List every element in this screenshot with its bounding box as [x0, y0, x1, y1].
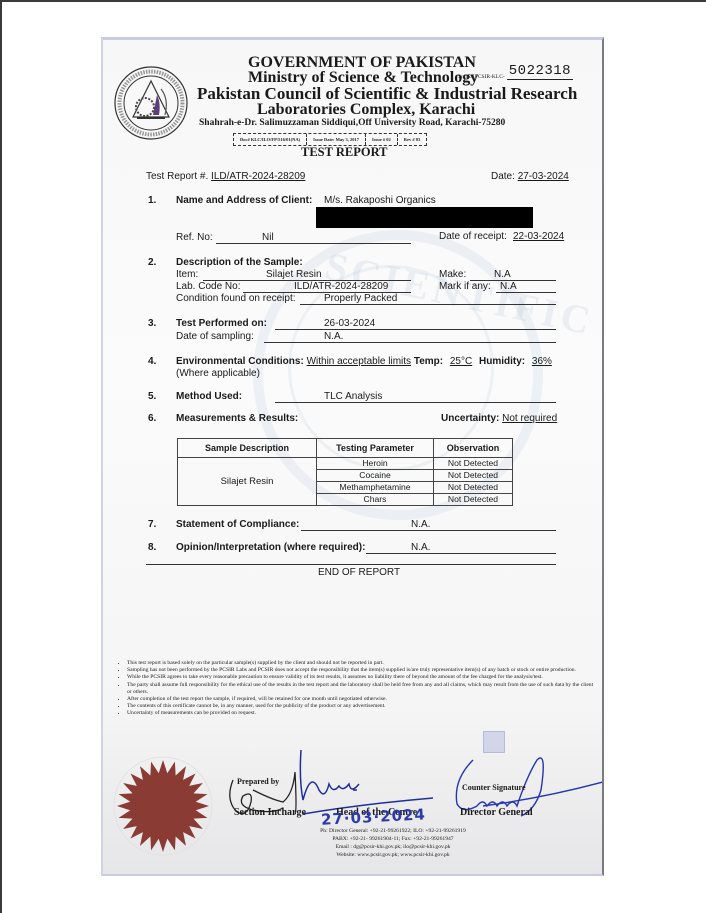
temp-value: 25°C [446, 356, 476, 367]
receipt-date: 22-03-2024 [513, 231, 564, 242]
compliance-label: Statement of Compliance: [176, 519, 299, 530]
table-row: Silajet Resin Heroin Not Detected [178, 458, 513, 470]
uncertainty-row: Uncertainty: Not required [441, 413, 557, 424]
temp-label: Temp: [414, 356, 443, 367]
mark-underline [496, 292, 556, 293]
observation-cell: Not Detected [434, 470, 513, 482]
redacted-address [316, 207, 533, 228]
counter-signature-label: Counter Signature [462, 783, 526, 792]
disclaimer-notes: This test report is based solely on the … [119, 660, 599, 718]
client-name: M/s. Rakaposhi Organics [324, 195, 436, 206]
contact-phone: Ph: Director General: +92-21-99261922; I… [273, 827, 513, 835]
doc-number: Doc# KLC/ILO/FP/516/01(NA) [234, 134, 307, 145]
lab-code-label: Lab. Code No: [176, 281, 241, 292]
lab-code-value: ILD/ATR-2024-28209 [294, 281, 388, 292]
results-table-header: Sample Description Testing Parameter Obs… [178, 439, 513, 458]
contact-email: Email : dg@pcsir-khi.gov.pk; ilo@pcsir-k… [273, 843, 513, 851]
humidity-value: 36% [528, 356, 558, 367]
section-2-number: 2. [148, 257, 156, 268]
contact-pabx: PABX: +92-21- 99261904-11; Fax: +92-21-9… [273, 835, 513, 843]
environment-row: Environmental Conditions: Within accepta… [176, 356, 558, 367]
uncertainty-value: Not required [502, 413, 557, 424]
complex-title: Laboratories Complex, Karachi [257, 101, 475, 119]
test-performed-value: 26-03-2024 [324, 318, 375, 329]
contact-website: Website: www.pcsir.gov.pk; www.pcsir-khi… [273, 851, 513, 859]
environment-note: (Where applicable) [176, 368, 260, 379]
sampling-underline [264, 342, 556, 343]
client-label: Name and Address of Client: [176, 195, 312, 206]
report-date-label: Date: [491, 171, 515, 182]
condition-label: Condition found on receipt: [176, 293, 296, 304]
observation-cell: Not Detected [434, 482, 513, 494]
opinion-underline [366, 553, 556, 554]
note-item: The party shall assume full responsibili… [127, 682, 599, 696]
section-5-number: 5. [148, 391, 156, 402]
ref-value: Nil [262, 232, 274, 243]
test-report-document: SCIENTIFIC GOVERNMENT OF PAKISTAN Minist… [101, 37, 604, 876]
item-label: Item: [176, 269, 198, 280]
method-underline [275, 402, 556, 403]
section-incharge-label: Section Incharge [234, 807, 306, 818]
pcsir-seal-logo-icon [113, 65, 189, 141]
serial-number-block: Sr. No. PCSIR-KLC- 5022318 [458, 63, 573, 80]
mark-label: Mark if any: [439, 281, 491, 292]
report-number-row: Test Report #. ILD/ATR-2024-28209 [146, 171, 305, 182]
compliance-underline [301, 530, 556, 531]
parameter-cell: Heroin [317, 458, 434, 470]
ref-underline [216, 243, 411, 244]
note-item: Uncertainty of measurements can be provi… [127, 710, 599, 717]
revision-number: Rev # 03 [398, 134, 427, 145]
section-7-number: 7. [148, 519, 156, 530]
address-line: Shahrah-e-Dr. Salimuzzaman Siddiqui,Off … [199, 118, 505, 128]
viewer-frame-left [0, 0, 2, 913]
condition-value: Properly Packed [324, 293, 397, 304]
report-title: TEST REPORT [301, 145, 388, 160]
ref-label: Ref. No: [176, 232, 213, 243]
make-value: N.A [494, 269, 511, 280]
item-value: Silajet Resin [266, 269, 322, 280]
serial-label: Sr. No. PCSIR-KLC- [458, 74, 505, 80]
report-date: 27-03-2024 [518, 171, 569, 182]
end-rule [146, 564, 556, 565]
prepared-by-label: Prepared by [237, 777, 279, 786]
issue-number: Issue # 02 [366, 134, 398, 145]
observation-cell: Not Detected [434, 458, 513, 470]
parameter-cell: Methamphetamine [317, 482, 434, 494]
results-label: Measurements & Results: [176, 413, 298, 424]
header-testing-parameter: Testing Parameter [317, 439, 434, 458]
parameter-cell: Cocaine [317, 470, 434, 482]
results-table: Sample Description Testing Parameter Obs… [177, 438, 513, 506]
end-of-report: END OF REPORT [318, 567, 400, 578]
contact-block: Ph: Director General: +92-21-99261922; I… [273, 827, 513, 859]
compliance-value: N.A. [411, 519, 430, 530]
opinion-label: Opinion/Interpretation (where required): [176, 542, 365, 553]
sample-description-label: Description of the Sample: [176, 257, 303, 268]
parameter-cell: Chars [317, 494, 434, 506]
method-value: TLC Analysis [324, 391, 382, 402]
section-1-number: 1. [148, 195, 156, 206]
viewer-frame-top [0, 0, 706, 2]
note-item: While the PCSIR agrees to take every rea… [127, 674, 599, 681]
opinion-value: N.A. [411, 542, 430, 553]
issue-date: Issue Date: May 3, 2017 [307, 134, 366, 145]
test-performed-underline [275, 329, 556, 330]
sampling-label: Date of sampling: [176, 331, 254, 342]
header-observation: Observation [434, 439, 513, 458]
make-label: Make: [439, 269, 466, 280]
director-general-label: Director General [460, 807, 533, 818]
sample-name-cell: Silajet Resin [178, 458, 317, 506]
serial-number: 5022318 [507, 63, 573, 80]
sampling-value: N.A. [324, 331, 343, 342]
environment-label: Environmental Conditions: [176, 356, 304, 367]
report-number-label: Test Report #. [146, 171, 208, 182]
receipt-label: Date of receipt: [439, 231, 507, 242]
section-6-number: 6. [148, 413, 156, 424]
report-date-row: Date: 27-03-2024 [491, 171, 569, 182]
section-8-number: 8. [148, 542, 156, 553]
section-4-number: 4. [148, 356, 156, 367]
method-label: Method Used: [176, 391, 242, 402]
mark-value: N.A [500, 281, 517, 292]
uncertainty-label: Uncertainty: [441, 413, 499, 424]
observation-cell: Not Detected [434, 494, 513, 506]
header-sample-description: Sample Description [178, 439, 317, 458]
condition-underline [300, 304, 556, 305]
report-number: ILD/ATR-2024-28209 [211, 171, 305, 182]
environment-value: Within acceptable limits [307, 356, 411, 367]
humidity-label: Humidity: [479, 356, 525, 367]
test-performed-label: Test Performed on: [176, 318, 267, 329]
section-3-number: 3. [148, 318, 156, 329]
